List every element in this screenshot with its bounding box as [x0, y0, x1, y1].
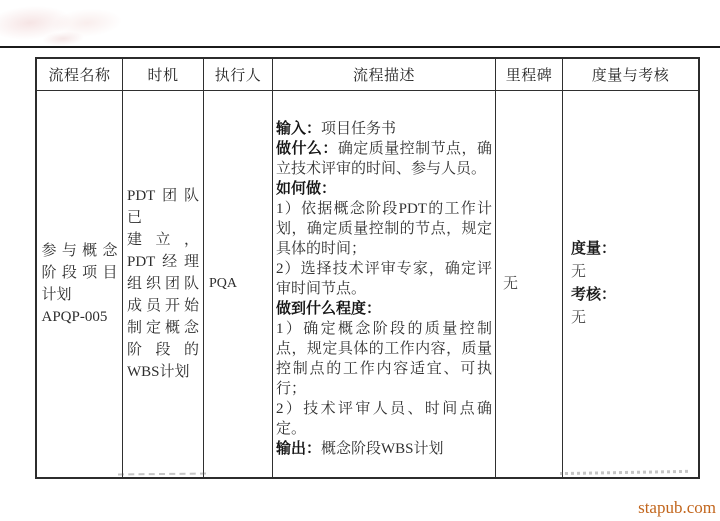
document-page: 流程名称 时机 执行人 流程描述 里程碑 度量与考核 参与概念 阶段项目 计划 …	[0, 0, 720, 521]
process-id: APQP-005	[42, 306, 118, 328]
col-header-timing: 时机	[123, 59, 204, 91]
description-segment: 如何做：	[276, 179, 492, 199]
description-segment: 1）依据概念阶段PDT的工作计划，确定质量控制的节点，规定具体的时间；	[276, 199, 492, 259]
measurement-value: 无	[571, 261, 698, 284]
cell-executor: PQA	[204, 91, 273, 477]
process-table: 流程名称 时机 执行人 流程描述 里程碑 度量与考核 参与概念 阶段项目 计划 …	[35, 57, 700, 479]
timing-line: 成员开始	[127, 295, 199, 317]
top-rule-line	[0, 46, 720, 48]
executor-value: PQA	[204, 273, 272, 295]
table-body-row: 参与概念 阶段项目 计划 APQP-005 PDT团队已 建立， PDT经理 组…	[37, 91, 698, 477]
timing-line: PDT团队已	[127, 185, 199, 229]
site-watermark: stapub.com	[638, 498, 716, 518]
timing-line: PDT经理	[127, 251, 199, 273]
col-header-process-name: 流程名称	[37, 59, 123, 91]
col-header-description: 流程描述	[273, 59, 496, 91]
assessment-label: 考核：	[571, 284, 698, 307]
timing-line: 建立，	[127, 229, 199, 251]
milestone-value: 无	[496, 273, 562, 295]
description-segment: 2）选择技术评审专家，确定评审时间节点。	[276, 259, 492, 299]
cell-description: 输入：项目任务书 做什么：确定质量控制节点，确立技术评审的时间、参与人员。 如何…	[273, 91, 496, 477]
cell-milestone: 无	[496, 91, 563, 477]
process-name-line: 计划	[42, 284, 118, 306]
timing-line: 阶段的	[127, 339, 199, 361]
col-header-measurement: 度量与考核	[563, 59, 698, 91]
description-segment: 2）技术评审人员、时间点确定。	[276, 399, 492, 439]
timing-line: WBS计划	[127, 361, 199, 383]
col-header-executor: 执行人	[204, 59, 273, 91]
timing-line: 制定概念	[127, 317, 199, 339]
description-segment: 1）确定概念阶段的质量控制点，规定具体的工作内容，质量控制点的工作内容适宜、可执…	[276, 319, 492, 399]
cell-timing: PDT团队已 建立， PDT经理 组织团队 成员开始 制定概念 阶段的 WBS计…	[123, 91, 204, 477]
table-header-row: 流程名称 时机 执行人 流程描述 里程碑 度量与考核	[37, 59, 698, 91]
cell-measurement: 度量： 无 考核： 无	[563, 91, 698, 477]
description-segment: 做到什么程度：	[276, 299, 492, 319]
description-segment: 输出：概念阶段WBS计划	[276, 439, 492, 459]
assessment-value: 无	[571, 307, 698, 330]
cell-process-name: 参与概念 阶段项目 计划 APQP-005	[37, 91, 123, 477]
faint-stamp-watermark	[0, 0, 154, 58]
process-name-line: 参与概念	[42, 240, 118, 262]
col-header-milestone: 里程碑	[496, 59, 563, 91]
description-segment: 输入：项目任务书	[276, 119, 492, 139]
timing-line: 组织团队	[127, 273, 199, 295]
measurement-label: 度量：	[571, 238, 698, 261]
description-segment: 做什么：确定质量控制节点，确立技术评审的时间、参与人员。	[276, 139, 492, 179]
process-name-line: 阶段项目	[42, 262, 118, 284]
